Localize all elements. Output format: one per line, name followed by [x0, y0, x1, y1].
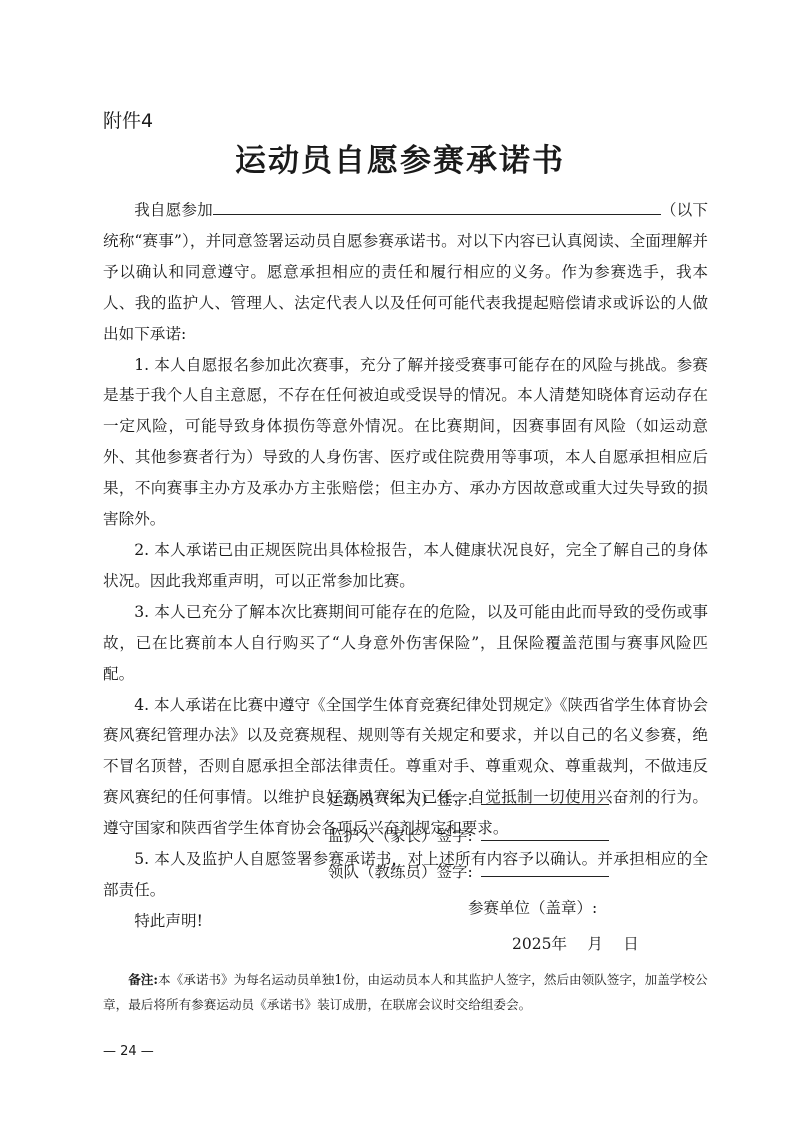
leader-signature-field[interactable]	[481, 860, 609, 877]
document-title: 运动员自愿参赛承诺书	[0, 135, 800, 180]
guardian-signature-field[interactable]	[481, 824, 609, 841]
note-label: 备注:	[128, 972, 158, 987]
remarks-note: 备注:本《承诺书》为每名运动员单独1份，由运动员本人和其监护人签字，然后由领队签…	[103, 967, 708, 1017]
intro-paragraph: 我自愿参加（以下统称“赛事”），并同意签署运动员自愿参赛承诺书。对以下内容已认真…	[103, 195, 708, 350]
guardian-signature-label: 监护人（家长）签字:	[328, 827, 473, 845]
intro-suffix: （以	[661, 201, 693, 219]
document-page: 附件4 运动员自愿参赛承诺书 我自愿参加（以下统称“赛事”），并同意签署运动员自…	[0, 0, 800, 1131]
guardian-signature-row: 监护人（家长）签字:	[328, 824, 609, 846]
clause-2: 2. 本人承诺已由正规医院出具体检报告，本人健康状况良好，完全了解自己的身体状况…	[103, 535, 708, 597]
athlete-signature-row: 运动员（本人）签字:	[328, 788, 609, 810]
clause-3: 3. 本人已充分了解本次比赛期间可能存在的危险，以及可能由此而导致的受伤或事故，…	[103, 597, 708, 690]
intro-text: 下统称“赛事”），并同意签署运动员自愿参赛承诺书。对以下内容已认真阅读、全面理解…	[103, 201, 708, 343]
note-text: 本《承诺书》为每名运动员单独1份，由运动员本人和其监护人签字，然后由领队签字，加…	[103, 972, 708, 1012]
date-row: 2025年 月 日	[512, 932, 639, 954]
athlete-signature-label: 运动员（本人）签字:	[328, 791, 473, 809]
date-label: 2025年 月 日	[512, 935, 639, 953]
page-number: — 24 —	[103, 1044, 154, 1059]
leader-signature-label: 领队（教练员）签字:	[328, 863, 473, 881]
unit-seal-row: 参赛单位（盖章）:	[468, 896, 597, 918]
clause-4: 4. 本人承诺在比赛中遵守《全国学生体育竞赛纪律处罚规定》《陕西省学生体育协会赛…	[103, 690, 708, 845]
athlete-signature-field[interactable]	[481, 788, 609, 805]
unit-seal-label: 参赛单位（盖章）:	[468, 899, 597, 917]
clause-1: 1. 本人自愿报名参加此次赛事，充分了解并接受赛事可能存在的风险与挑战。参赛是基…	[103, 350, 708, 535]
intro-prefix: 我自愿参加	[134, 201, 213, 219]
attachment-label: 附件4	[103, 106, 153, 133]
leader-signature-row: 领队（教练员）签字:	[328, 860, 609, 882]
event-name-blank[interactable]	[213, 196, 661, 215]
